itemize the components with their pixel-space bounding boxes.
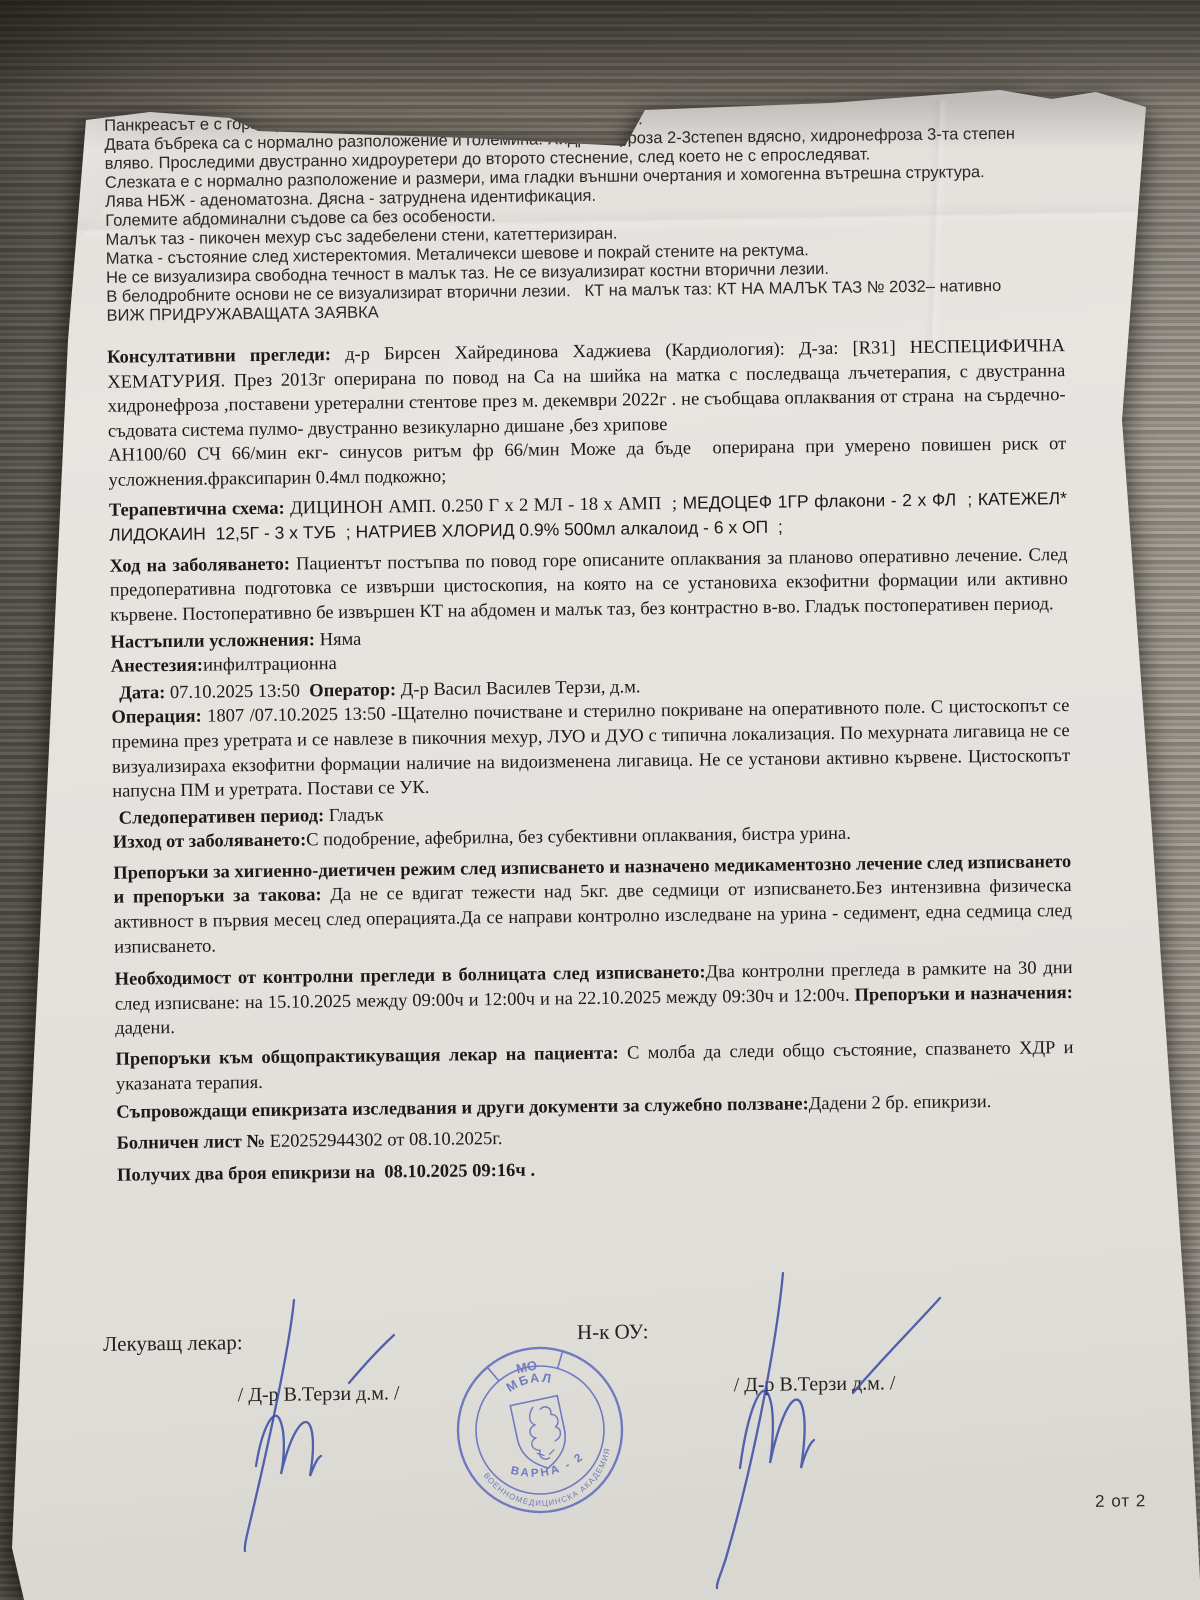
paragraph-text: С подобрение, афебрилна, без субективни … [306, 824, 851, 851]
paragraph-text: АН100/60 СЧ 66/мин екг- синусов ритъм фр… [108, 434, 1066, 490]
paragraph-text: Няма [320, 629, 362, 650]
hospital-round-stamp: МО МБАЛ ВАРНА - 2 ВОЕННОМЕДИЦИНСКА АКАДЕ… [436, 1326, 645, 1535]
paragraph-text: Дадени 2 бр. епикризи. [809, 1092, 992, 1114]
paragraph-text: инфилтрационна [203, 654, 337, 676]
document-paper: Панкреасът е с горногранични размери, хо… [0, 0, 1200, 1600]
paragraph: Препоръки за хигиенно-диетичен режим сле… [113, 850, 1072, 960]
ct-report-section: Панкреасът е с горногранични размери, хо… [104, 105, 1058, 326]
head-signature-ink [688, 1258, 978, 1598]
paragraph: АН100/60 СЧ 66/мин екг- синусов ритъм фр… [108, 432, 1067, 493]
paragraph-label: Необходимост от контролни прегледи в бол… [115, 963, 706, 990]
paragraph-label: Ход на заболяването: [109, 554, 296, 576]
paragraph: Консултативни прегледи: д-р Бирсен Хайре… [107, 334, 1066, 444]
stamp-city-text: ВАРНА - 2 [507, 1449, 588, 1486]
paragraph-label: Следоперативен период: [119, 806, 329, 829]
paragraph-text: дадени. [115, 1018, 175, 1039]
epicrisis-body-section: Консултативни прегледи: д-р Бирсен Хайре… [107, 334, 1075, 1189]
page-number: 2 от 2 [1095, 1491, 1146, 1512]
paragraph-text: Е20252944302 от 08.10.2025г. [270, 1129, 503, 1152]
paragraph-text: Гладък [329, 805, 384, 826]
paragraph-text: Д-р Васил Василев Терзи, д.м. [401, 677, 641, 700]
paragraph: Получих два броя епикризи на 08.10.2025 … [117, 1152, 1075, 1188]
paragraph-text: ДИЦИНОН АМП. 0.250 Г х 2 МЛ - 18 х АМП ; [290, 493, 683, 518]
paragraph-label: Дата: [119, 683, 170, 704]
paragraph: Необходимост от контролни прегледи в бол… [114, 956, 1073, 1041]
paragraph-label: Получих два броя епикризи на 08.10.2025 … [117, 1161, 535, 1186]
paragraph-label: Изход от заболяването: [113, 831, 306, 853]
paragraph-label: Съпровождащи епикризата изследвания и др… [116, 1095, 809, 1123]
paragraph-label: Терапевтична схема: [109, 498, 290, 520]
svg-text:ВАРНА - 2: ВАРНА - 2 [507, 1449, 588, 1486]
paragraph-label: Оператор: [309, 680, 401, 701]
paragraph-label: Препоръки и назначения: [854, 983, 1073, 1006]
paragraph: Препоръки към общопрактикуващия лекар на… [115, 1036, 1074, 1097]
paragraph-label: Препоръки към общопрактикуващия лекар на… [115, 1044, 627, 1070]
paragraph-text: 07.10.2025 13:50 [170, 681, 309, 703]
paragraph: Операция: 1807 /07.10.2025 13:50 -Щателн… [111, 694, 1070, 804]
attending-signature-ink [218, 1288, 448, 1578]
paragraph: Ход на заболяването: Пациентът постъпва … [109, 543, 1068, 628]
paragraph-label: Консултативни прегледи: [107, 345, 345, 368]
paragraph-label: Настъпили усложнения: [110, 630, 319, 653]
paragraph: Терапевтична схема: ДИЦИНОН АМП. 0.250 Г… [109, 486, 1068, 549]
paper-shadow-wrap: Панкреасът е с горногранични размери, хо… [0, 0, 1200, 1600]
paragraph-text: 1807 /07.10.2025 13:50 -Щателно почиства… [112, 696, 1070, 801]
paragraph-label: Анестезия: [111, 656, 203, 677]
paragraph-label: Болничен лист № [117, 1132, 270, 1154]
photo-scene: Панкреасът е с горногранични размери, хо… [0, 0, 1200, 1600]
paragraph-label: Операция: [111, 707, 207, 728]
paragraph: Болничен лист № Е20252944302 от 08.10.20… [116, 1120, 1074, 1156]
